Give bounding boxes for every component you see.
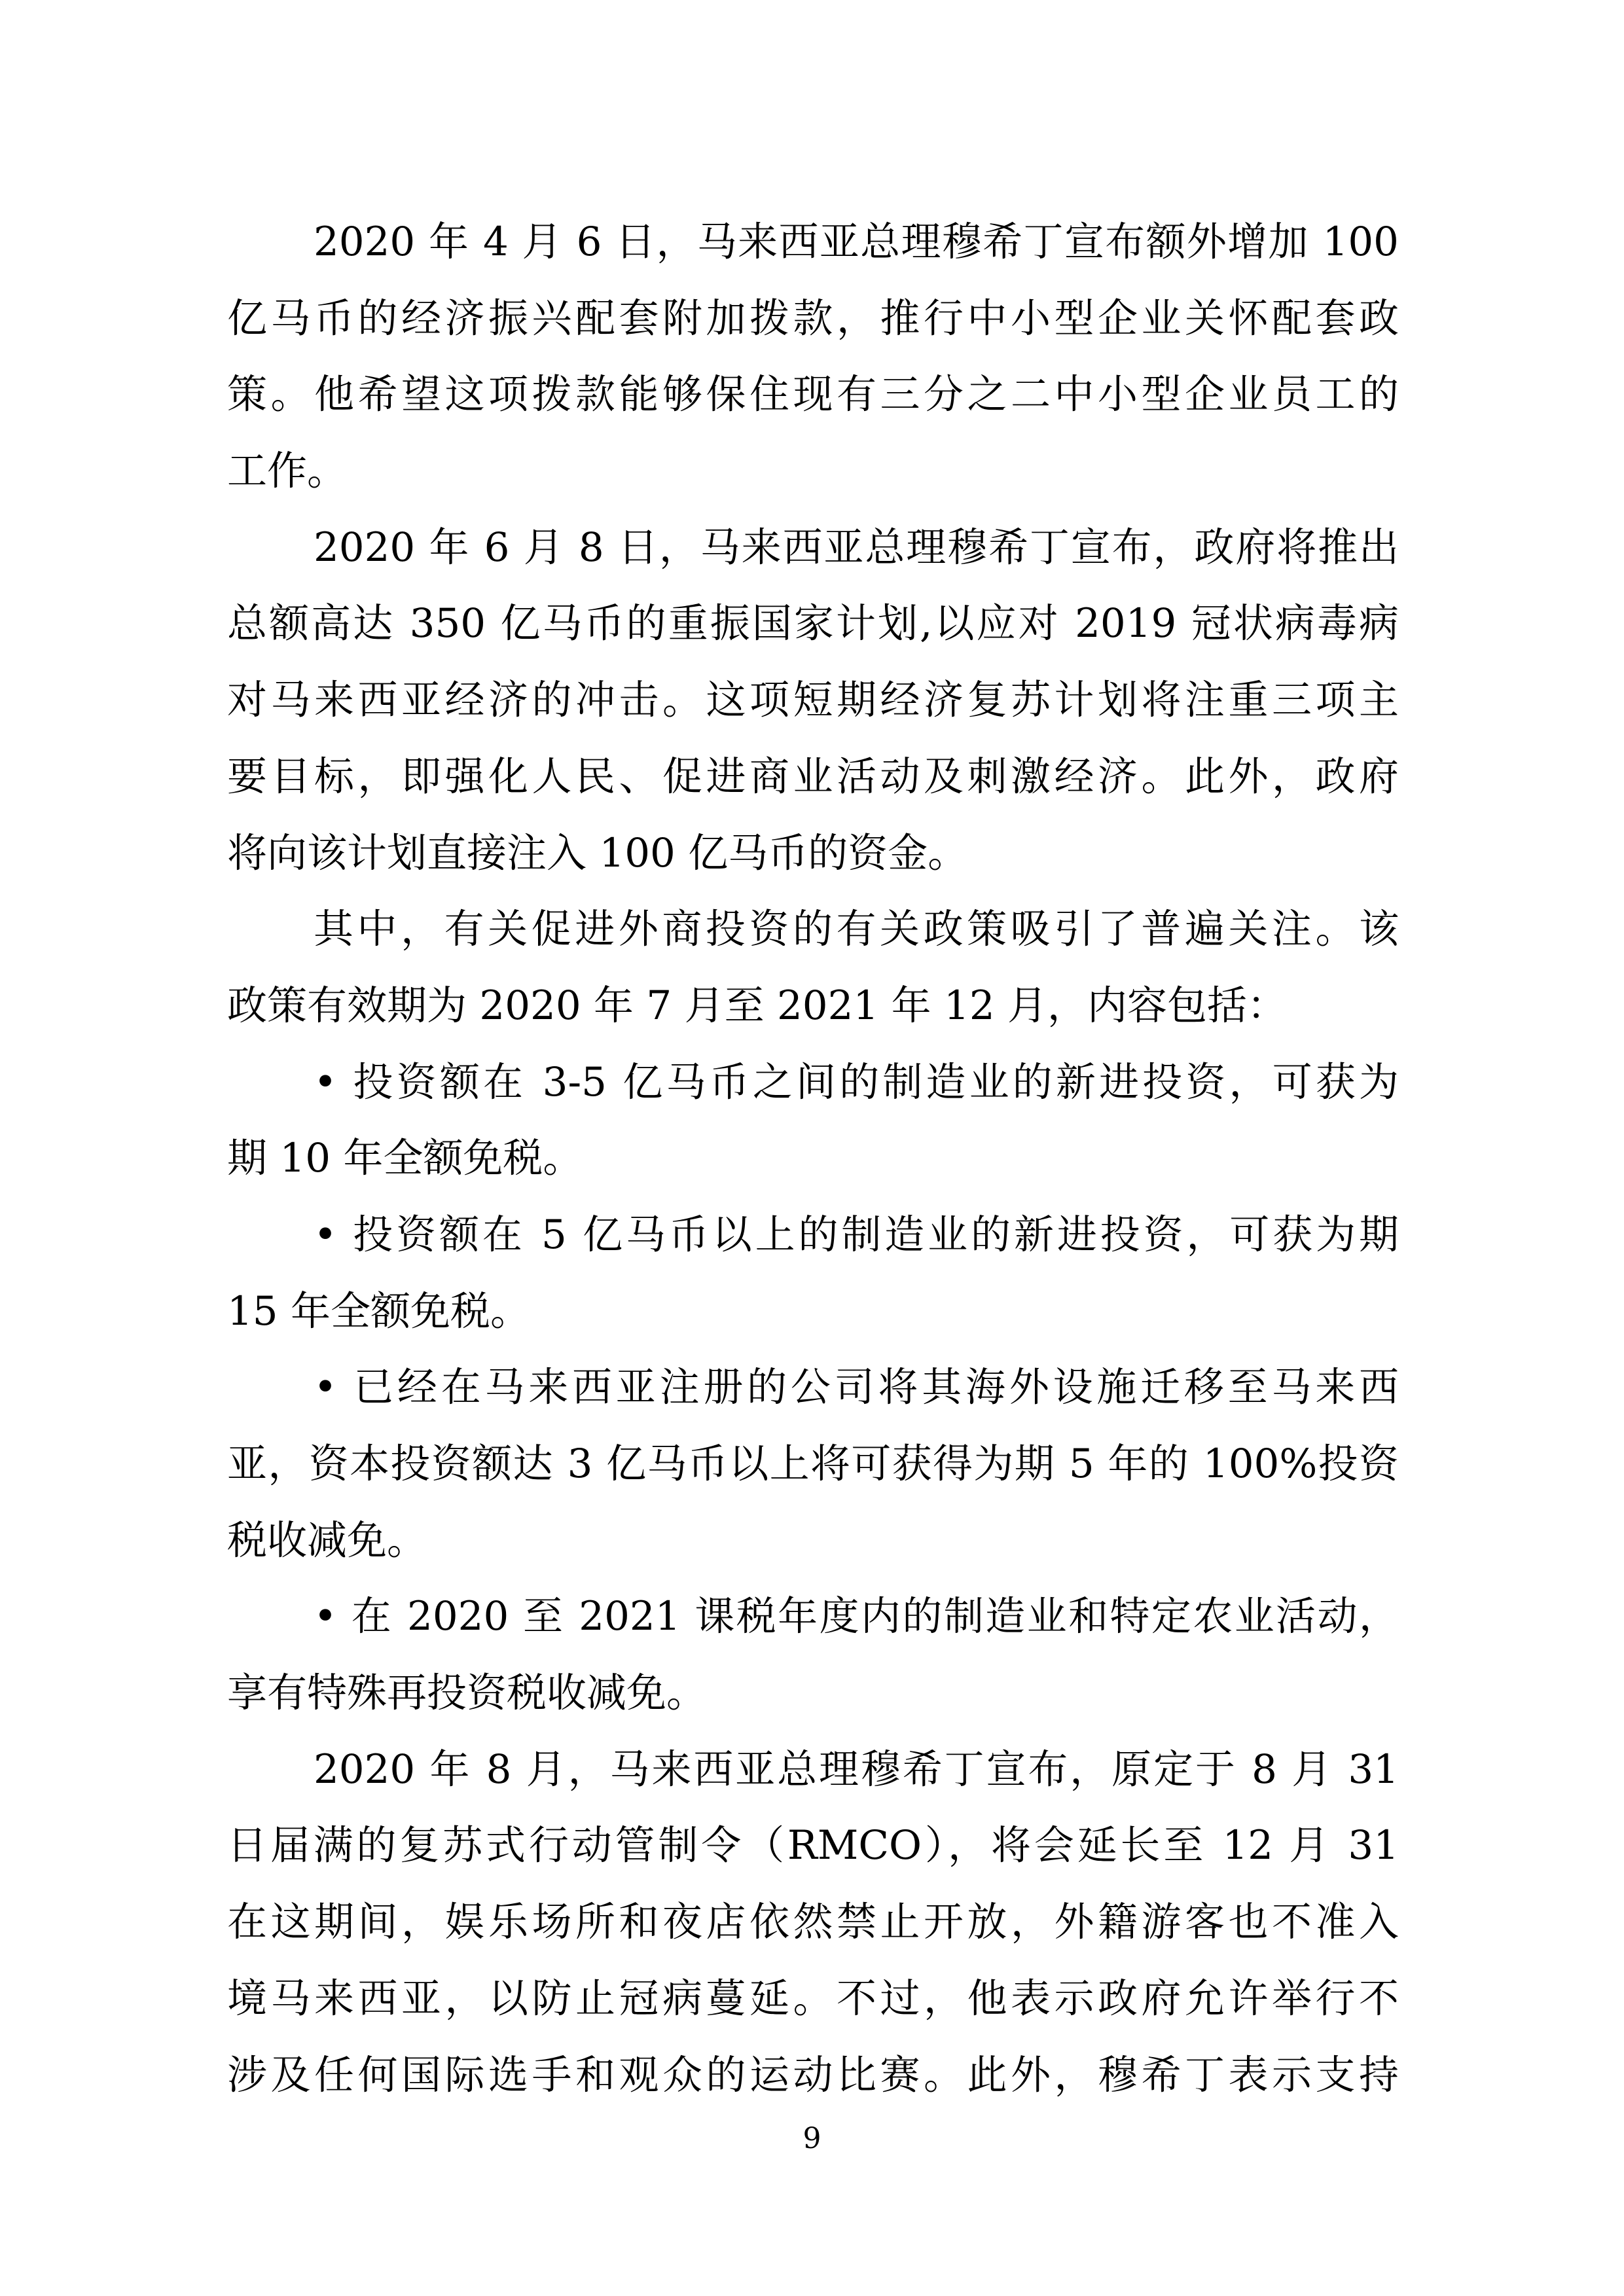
- text-line: 亚，资本投资额达 3 亿马币以上将可获得为期 5 年的 100%投资: [227, 1426, 1399, 1503]
- bullet-tax-exemption-15-years: • 投资额在 5 亿马币以上的制造业的新进投资，可获为期15 年全额免税。: [227, 1197, 1399, 1350]
- text-line: 15 年全额免税。: [227, 1274, 1399, 1350]
- text-line: 政策有效期为 2020 年 7 月至 2021 年 12 月，内容包括：: [227, 968, 1399, 1045]
- text-line: 日届满的复苏式行动管制令（RMCO），将会延长至 12 月 31 日。: [227, 1808, 1399, 1884]
- text-line: 策。他希望这项拨款能够保住现有三分之二中小型企业员工的: [227, 357, 1399, 433]
- document-body: 2020 年 4 月 6 日，马来西亚总理穆希丁宣布额外增加 100亿马币的经济…: [227, 204, 1399, 2113]
- text-line: 税收减免。: [227, 1503, 1399, 1579]
- text-line: • 投资额在 5 亿马币以上的制造业的新进投资，可获为期: [227, 1197, 1399, 1274]
- text-line: 2020 年 4 月 6 日，马来西亚总理穆希丁宣布额外增加 100: [227, 204, 1399, 281]
- text-line: 在这期间，娱乐场所和夜店依然禁止开放，外籍游客也不准入: [227, 1884, 1399, 1961]
- text-line: 期 10 年全额免税。: [227, 1121, 1399, 1197]
- text-line: 2020 年 6 月 8 日，马来西亚总理穆希丁宣布，政府将推出: [227, 510, 1399, 586]
- text-line: 要目标，即强化人民、促进商业活动及刺激经济。此外，政府: [227, 739, 1399, 816]
- para-2020-august-rmco: 2020 年 8 月，马来西亚总理穆希丁宣布，原定于 8 月 31日届满的复苏式…: [227, 1732, 1399, 2113]
- text-line: 涉及任何国际选手和观众的运动比赛。此外，穆希丁表示支持: [227, 2037, 1399, 2114]
- text-line: 享有特殊再投资税收减免。: [227, 1655, 1399, 1732]
- text-line: 境马来西亚，以防止冠病蔓延。不过，他表示政府允许举行不: [227, 1961, 1399, 2037]
- text-line: 亿马币的经济振兴配套附加拨款，推行中小型企业关怀配套政: [227, 281, 1399, 357]
- bullet-reinvestment-allowance: • 在 2020 至 2021 课税年度内的制造业和特定农业活动，享有特殊再投资…: [227, 1579, 1399, 1731]
- text-line: 将向该计划直接注入 100 亿马币的资金。: [227, 816, 1399, 892]
- text-line: 2020 年 8 月，马来西亚总理穆希丁宣布，原定于 8 月 31: [227, 1732, 1399, 1808]
- page: 2020 年 4 月 6 日，马来西亚总理穆希丁宣布额外增加 100亿马币的经济…: [0, 0, 1624, 2296]
- para-2020-june-8: 2020 年 6 月 8 日，马来西亚总理穆希丁宣布，政府将推出总额高达 350…: [227, 510, 1399, 891]
- bullet-tax-exemption-10-years: • 投资额在 3-5 亿马币之间的制造业的新进投资，可获为期 10 年全额免税。: [227, 1045, 1399, 1197]
- bullet-relocation-tax-allowance: • 已经在马来西亚注册的公司将其海外设施迁移至马来西亚，资本投资额达 3 亿马币…: [227, 1350, 1399, 1579]
- text-line: • 已经在马来西亚注册的公司将其海外设施迁移至马来西: [227, 1350, 1399, 1426]
- text-line: 工作。: [227, 433, 1399, 510]
- text-line: 其中，有关促进外商投资的有关政策吸引了普遍关注。该: [227, 891, 1399, 968]
- text-line: 对马来西亚经济的冲击。这项短期经济复苏计划将注重三项主: [227, 662, 1399, 739]
- page-number: 9: [0, 2122, 1624, 2156]
- text-line: 总额高达 350 亿马币的重振国家计划,以应对 2019 冠状病毒病: [227, 586, 1399, 662]
- text-line: • 投资额在 3-5 亿马币之间的制造业的新进投资，可获为: [227, 1045, 1399, 1121]
- para-policy-intro: 其中，有关促进外商投资的有关政策吸引了普遍关注。该政策有效期为 2020 年 7…: [227, 891, 1399, 1044]
- text-line: • 在 2020 至 2021 课税年度内的制造业和特定农业活动，: [227, 1579, 1399, 1655]
- para-2020-april-6: 2020 年 4 月 6 日，马来西亚总理穆希丁宣布额外增加 100亿马币的经济…: [227, 204, 1399, 510]
